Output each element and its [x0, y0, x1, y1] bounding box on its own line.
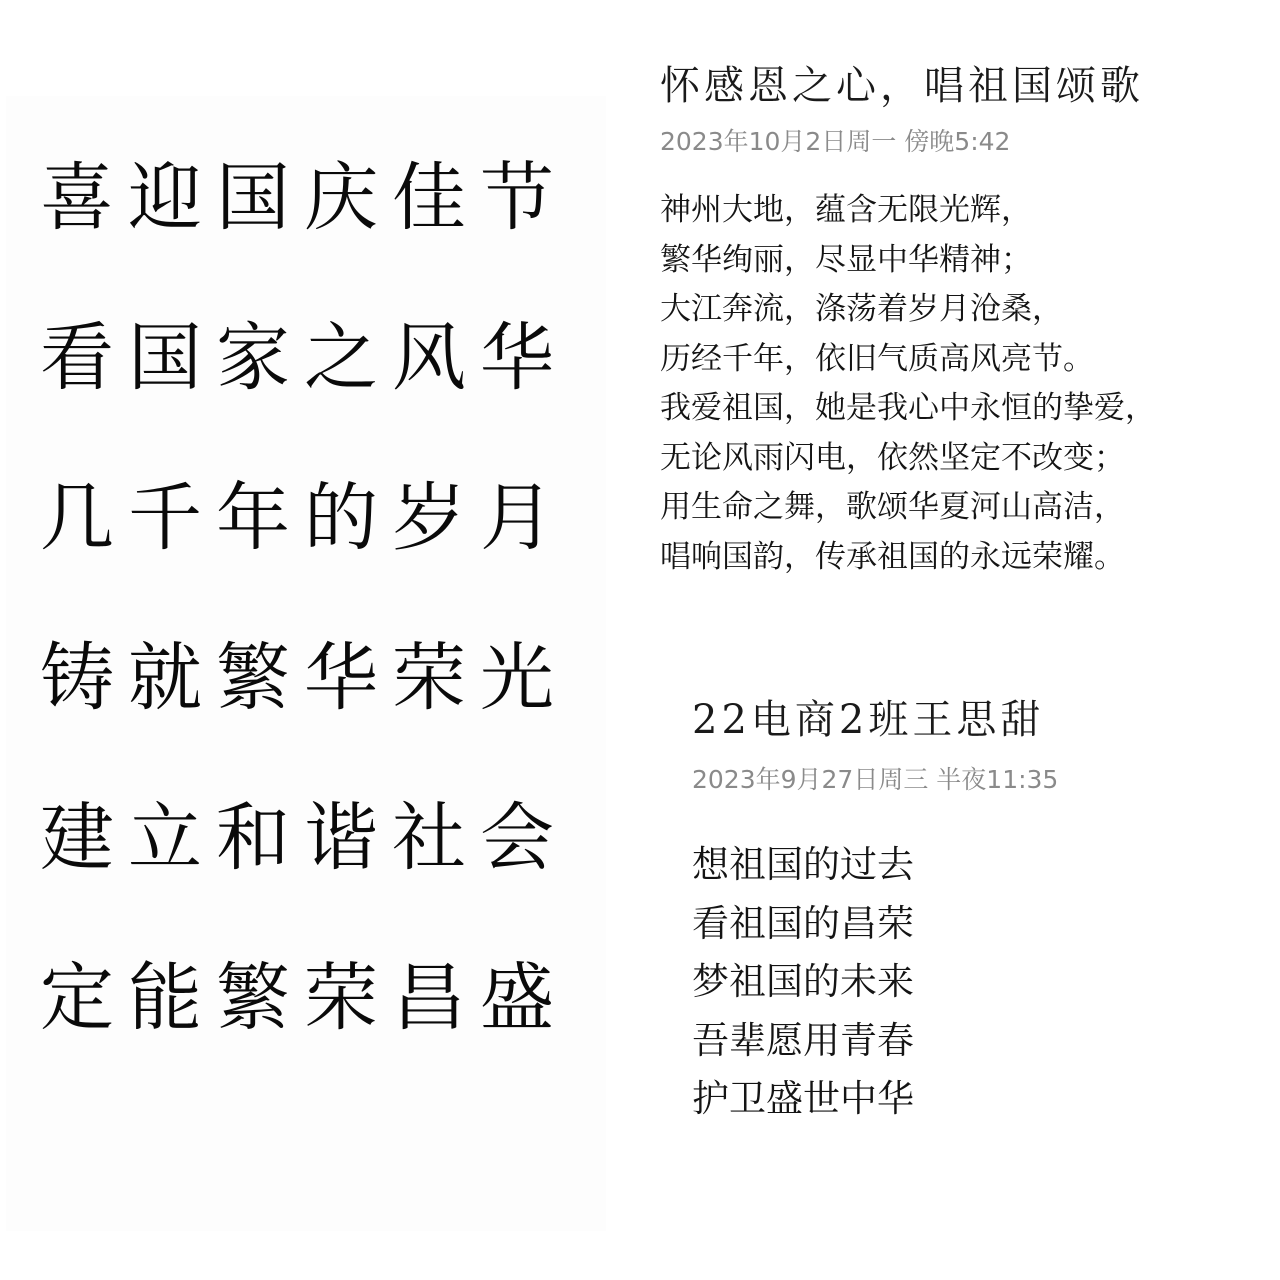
note-line: 梦祖国的未来 — [692, 953, 1058, 1012]
note-timestamp: 2023年10月2日周一 傍晚5:42 — [660, 124, 1156, 160]
note-line: 神州大地，蕴含无限光辉， — [660, 186, 1156, 236]
note-line: 大江奔流，涤荡着岁月沧桑， — [660, 285, 1156, 335]
note-timestamp: 2023年9月27日周三 半夜11:35 — [692, 762, 1058, 798]
poem-line: 几千年的岁月 — [40, 468, 600, 628]
note-line: 看祖国的昌荣 — [692, 895, 1058, 954]
poem-line: 看国家之风华 — [40, 308, 600, 468]
note-line: 吾辈愿用青春 — [692, 1012, 1058, 1071]
note-line: 历经千年，依旧气质高风亮节。 — [660, 335, 1156, 385]
note-line: 我爱祖国，她是我心中永恒的挚爱， — [660, 384, 1156, 434]
note-line: 繁华绚丽，尽显中华精神； — [660, 236, 1156, 286]
note-line: 护卫盛世中华 — [692, 1070, 1058, 1129]
poem-line: 定能繁荣昌盛 — [40, 948, 600, 1108]
note-body: 神州大地，蕴含无限光辉， 繁华绚丽，尽显中华精神； 大江奔流，涤荡着岁月沧桑， … — [660, 186, 1156, 582]
calligraphy-poem: 喜迎国庆佳节 看国家之风华 几千年的岁月 铸就繁华荣光 建立和谐社会 定能繁荣昌… — [40, 148, 600, 1108]
note-gratitude-song: 怀感恩之心，唱祖国颂歌 2023年10月2日周一 傍晚5:42 神州大地，蕴含无… — [660, 58, 1156, 582]
note-line: 想祖国的过去 — [692, 836, 1058, 895]
poem-line: 建立和谐社会 — [40, 788, 600, 948]
note-line: 唱响国韵，传承祖国的永远荣耀。 — [660, 533, 1156, 583]
note-title: 22电商2班王思甜 — [692, 690, 1058, 750]
note-student-poem: 22电商2班王思甜 2023年9月27日周三 半夜11:35 想祖国的过去 看祖… — [692, 690, 1058, 1129]
note-line: 无论风雨闪电，依然坚定不改变； — [660, 434, 1156, 484]
poem-line: 喜迎国庆佳节 — [40, 148, 600, 308]
note-title: 怀感恩之心，唱祖国颂歌 — [660, 58, 1156, 114]
note-line: 用生命之舞，歌颂华夏河山高洁， — [660, 483, 1156, 533]
poem-line: 铸就繁华荣光 — [40, 628, 600, 788]
note-body: 想祖国的过去 看祖国的昌荣 梦祖国的未来 吾辈愿用青春 护卫盛世中华 — [692, 836, 1058, 1129]
